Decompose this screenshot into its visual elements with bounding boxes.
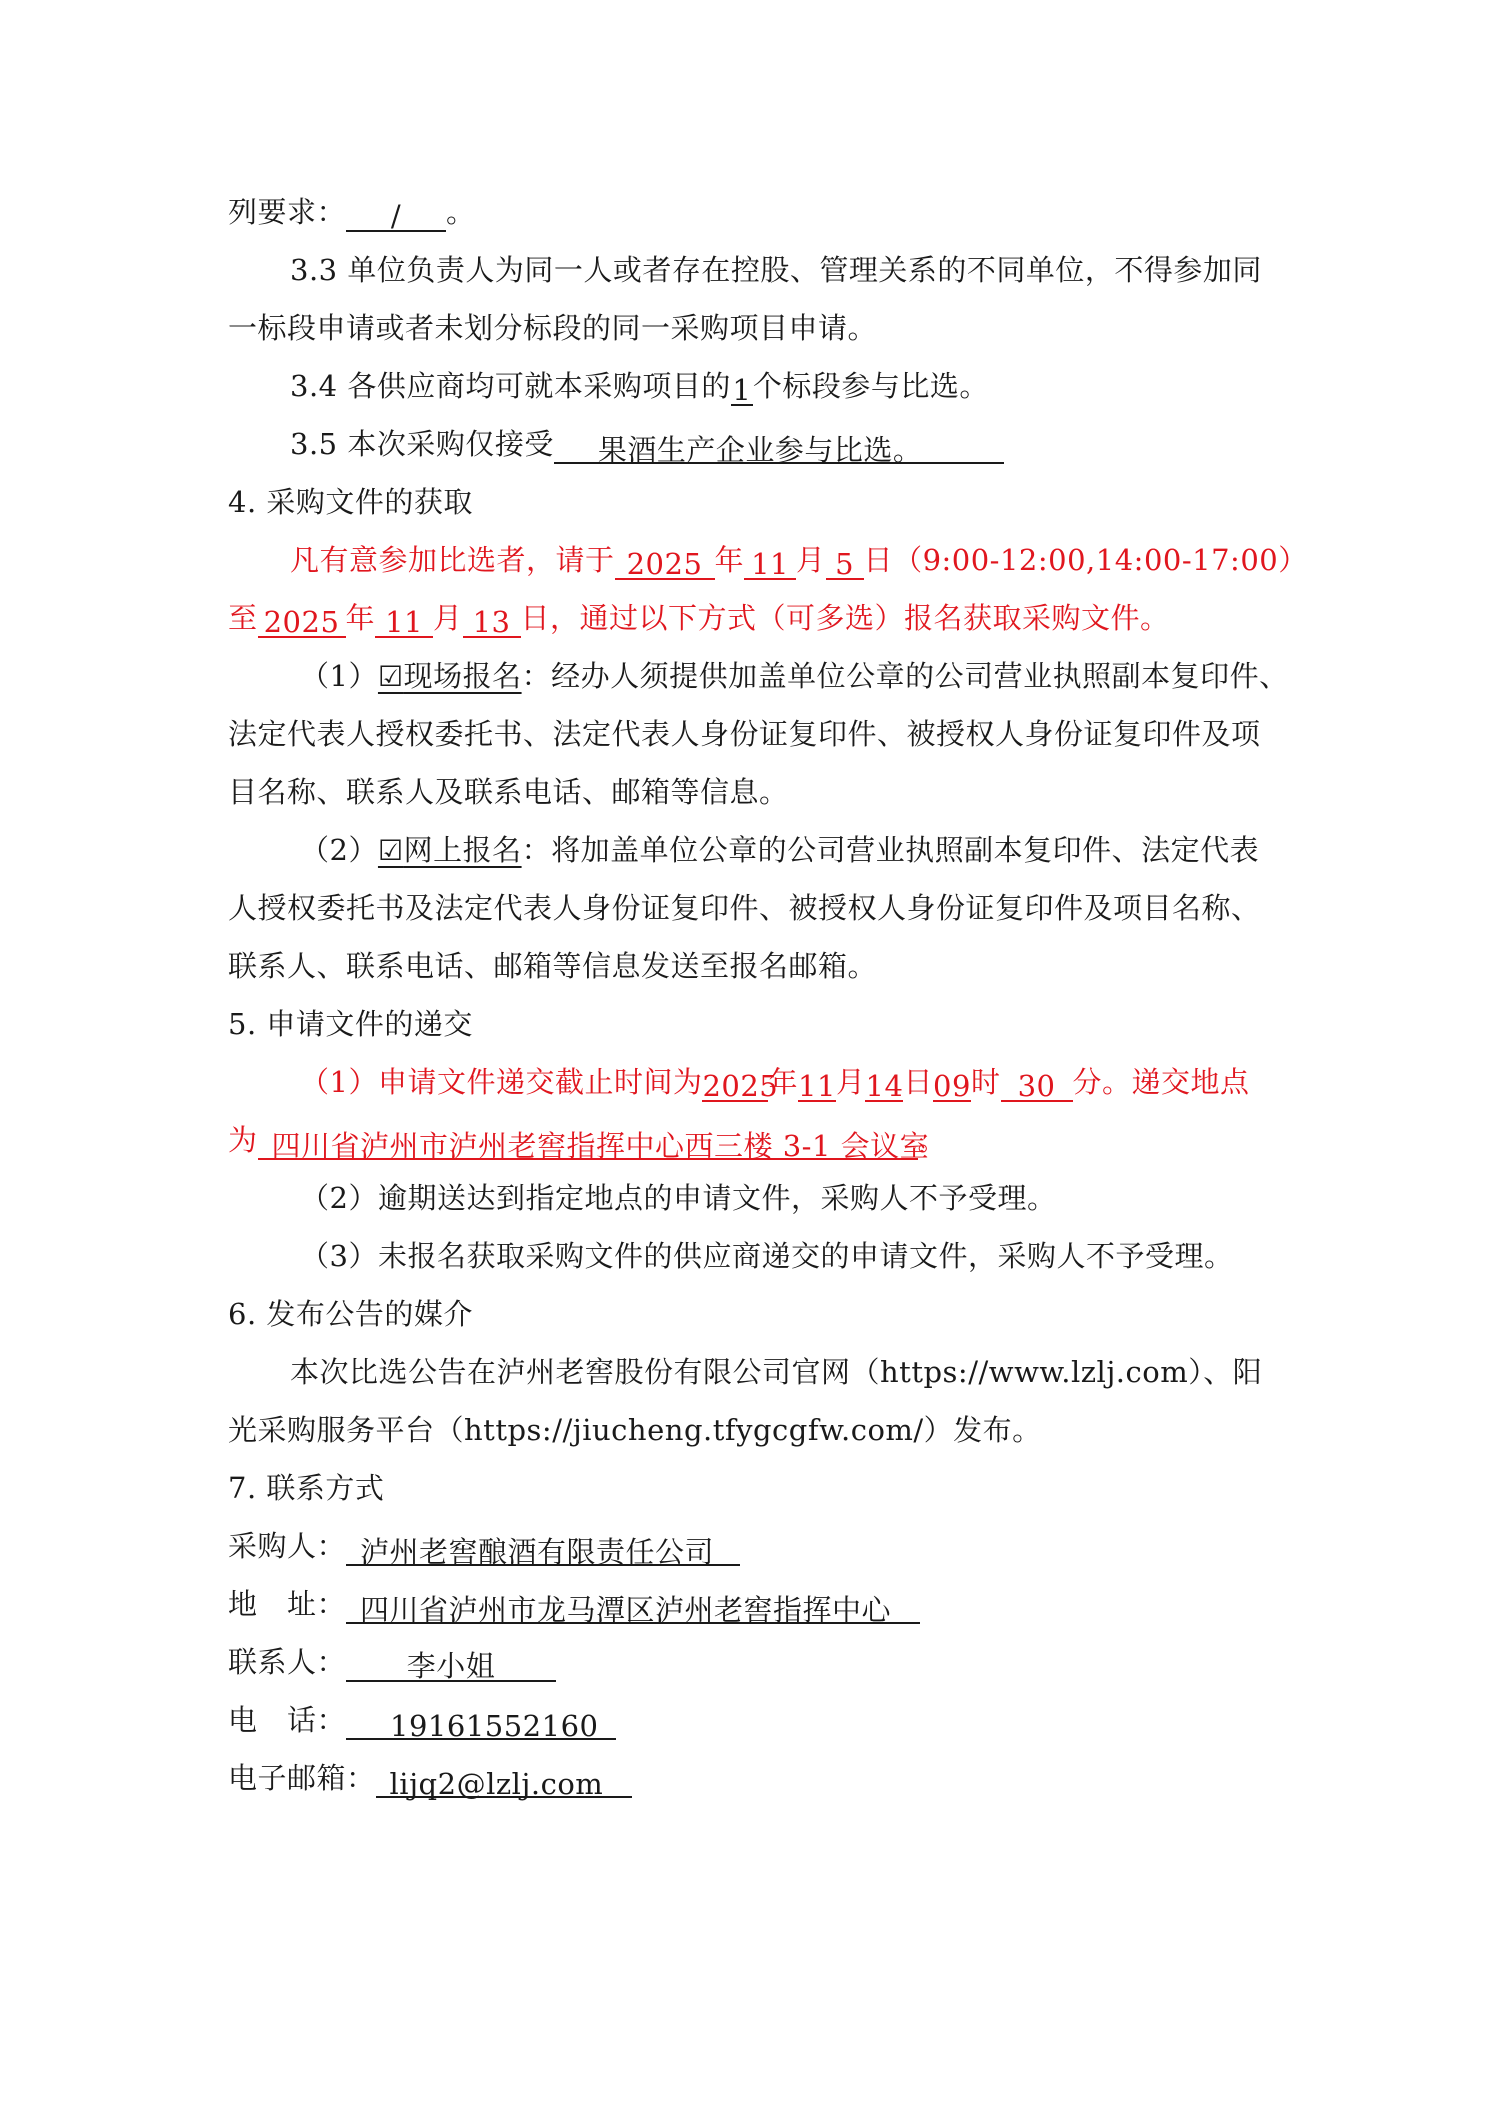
- onsite-registration-option: （1）☑现场报名：经办人须提供加盖单位公章的公司营业执照副本复印件、: [228, 656, 1289, 697]
- email-label: 电子邮箱：: [228, 1761, 376, 1795]
- email-value: lijq2@lzlj.com: [376, 1764, 632, 1798]
- person-value: 李小姐: [346, 1646, 556, 1682]
- section-6-heading: 6. 发布公告的媒介: [228, 1294, 473, 1334]
- start-day: 5: [826, 544, 864, 580]
- end-year: 2025: [258, 602, 346, 638]
- checked-checkbox-icon: ☑: [378, 834, 404, 867]
- media-line1: 本次比选公告在泸州老窖股份有限公司官网（https://www.lzlj.com…: [228, 1352, 1262, 1392]
- period: 。: [918, 1123, 948, 1157]
- unregistered-submission-rule: （3）未报名获取采购文件的供应商递交的申请文件，采购人不予受理。: [228, 1236, 1233, 1276]
- clause-text: 3.4 各供应商均可就本采购项目的: [290, 369, 731, 403]
- lot-count: 1: [731, 370, 753, 406]
- month-unit: 月: [796, 543, 826, 577]
- requirement-line: 列要求：/。: [228, 192, 476, 232]
- clause-text: 3.5 本次采购仅接受: [290, 427, 554, 461]
- notice-text: 至: [228, 601, 258, 635]
- late-submission-rule: （2）逾期送达到指定地点的申请文件，采购人不予受理。: [228, 1178, 1056, 1218]
- contact-email: 电子邮箱：lijq2@lzlj.com: [228, 1758, 632, 1798]
- submission-location-line: 为四川省泸州市泸州老窖指挥中心西三楼 3-1 会议室。: [228, 1120, 947, 1160]
- deadline-minute: 30: [1001, 1066, 1073, 1102]
- checked-checkbox-icon: ☑: [378, 660, 404, 693]
- clause-text: 个标段参与比选。: [753, 369, 989, 403]
- label-text: 列要求：: [228, 195, 346, 229]
- online-registration-option: （2）☑网上报名：将加盖单位公章的公司营业执照副本复印件、法定代表: [228, 830, 1259, 871]
- phone-label: 电 话：: [228, 1703, 346, 1737]
- deadline-year: 2025: [702, 1066, 768, 1102]
- section-5-heading: 5. 申请文件的递交: [228, 1004, 473, 1044]
- deadline-text: 分。递交地点: [1073, 1065, 1250, 1099]
- day-unit: 日: [864, 543, 894, 577]
- clause-3-5: 3.5 本次采购仅接受果酒生产企业参与比选。: [228, 424, 1004, 464]
- clause-3-3-line1: 3.3 单位负责人为同一人或者存在控股、管理关系的不同单位，不得参加同: [228, 250, 1262, 290]
- online-registration-line3: 联系人、联系电话、邮箱等信息发送至报名邮箱。: [228, 946, 877, 986]
- person-label: 联系人：: [228, 1645, 346, 1679]
- deadline-hour: 09: [933, 1066, 971, 1102]
- option-text: ：经办人须提供加盖单位公章的公司营业执照副本复印件、: [522, 659, 1289, 693]
- phone-value: 19161552160: [346, 1706, 616, 1740]
- option-text: ：将加盖单位公章的公司营业执照副本复印件、法定代表: [522, 833, 1260, 867]
- deadline-day: 14: [865, 1066, 903, 1102]
- section-4-heading: 4. 采购文件的获取: [228, 482, 473, 522]
- onsite-registration-line2: 法定代表人授权委托书、法定代表人身份证复印件、被授权人身份证复印件及项: [228, 714, 1261, 754]
- option-label: 网上报名: [404, 833, 522, 867]
- year-unit: 年: [715, 543, 745, 577]
- onsite-registration-line3: 目名称、联系人及联系电话、邮箱等信息。: [228, 772, 789, 812]
- section-7-heading: 7. 联系方式: [228, 1468, 384, 1508]
- contact-person: 联系人：李小姐: [228, 1642, 556, 1682]
- address-value: 四川省泸州市龙马潭区泸州老窖指挥中心: [346, 1590, 920, 1624]
- registration-period-line1: 凡有意参加比选者，请于2025年11月5日（9:00-12:00,14:00-1…: [228, 540, 1308, 580]
- option-number: （1）: [300, 659, 378, 693]
- clause-3-3-line2: 一标段申请或者未划分标段的同一采购项目申请。: [228, 308, 877, 348]
- contact-phone: 电 话：19161552160: [228, 1700, 616, 1740]
- option-label: 现场报名: [404, 659, 522, 693]
- day-unit: 日: [903, 1065, 933, 1099]
- online-registration-label: ☑网上报名: [378, 830, 522, 871]
- media-line2: 光采购服务平台（https://jiucheng.tfygcgfw.com/）发…: [228, 1410, 1042, 1450]
- period: 。: [446, 195, 476, 229]
- location-prefix: 为: [228, 1123, 258, 1157]
- deadline-text: （1）申请文件递交截止时间为: [300, 1065, 702, 1099]
- eligible-supplier-type: 果酒生产企业参与比选。: [554, 430, 1004, 464]
- month-unit: 月: [433, 601, 463, 635]
- hour-unit: 时: [971, 1065, 1001, 1099]
- submission-deadline-line1: （1）申请文件递交截止时间为2025年11月14日09时30分。递交地点: [228, 1062, 1250, 1102]
- contact-address: 地 址：四川省泸州市龙马潭区泸州老窖指挥中心: [228, 1584, 920, 1624]
- end-day: 13: [463, 602, 521, 638]
- month-unit: 月: [836, 1065, 866, 1099]
- requirement-blank: /: [346, 196, 446, 232]
- clause-3-4: 3.4 各供应商均可就本采购项目的1个标段参与比选。: [228, 366, 989, 406]
- year-unit: 年: [346, 601, 376, 635]
- submission-location: 四川省泸州市泸州老窖指挥中心西三楼 3-1 会议室: [258, 1126, 918, 1160]
- option-number: （2）: [300, 833, 378, 867]
- online-registration-line2: 人授权委托书及法定代表人身份证复印件、被授权人身份证复印件及项目名称、: [228, 888, 1261, 928]
- contact-buyer: 采购人：泸州老窖酿酒有限责任公司: [228, 1526, 740, 1566]
- office-hours: （9:00-12:00,14:00-17:00）: [893, 543, 1308, 577]
- registration-period-line2: 至2025年11月13日，通过以下方式（可多选）报名获取采购文件。: [228, 598, 1170, 638]
- notice-text: 日，通过以下方式（可多选）报名获取采购文件。: [521, 601, 1170, 635]
- year-unit: 年: [768, 1065, 798, 1099]
- notice-text: 凡有意参加比选者，请于: [290, 543, 615, 577]
- end-month: 11: [375, 602, 433, 638]
- onsite-registration-label: ☑现场报名: [378, 656, 522, 697]
- address-label: 地 址：: [228, 1587, 346, 1621]
- buyer-value: 泸州老窖酿酒有限责任公司: [346, 1532, 740, 1566]
- buyer-label: 采购人：: [228, 1529, 346, 1563]
- start-month: 11: [744, 544, 796, 580]
- start-year: 2025: [615, 544, 715, 580]
- deadline-month: 11: [798, 1066, 836, 1102]
